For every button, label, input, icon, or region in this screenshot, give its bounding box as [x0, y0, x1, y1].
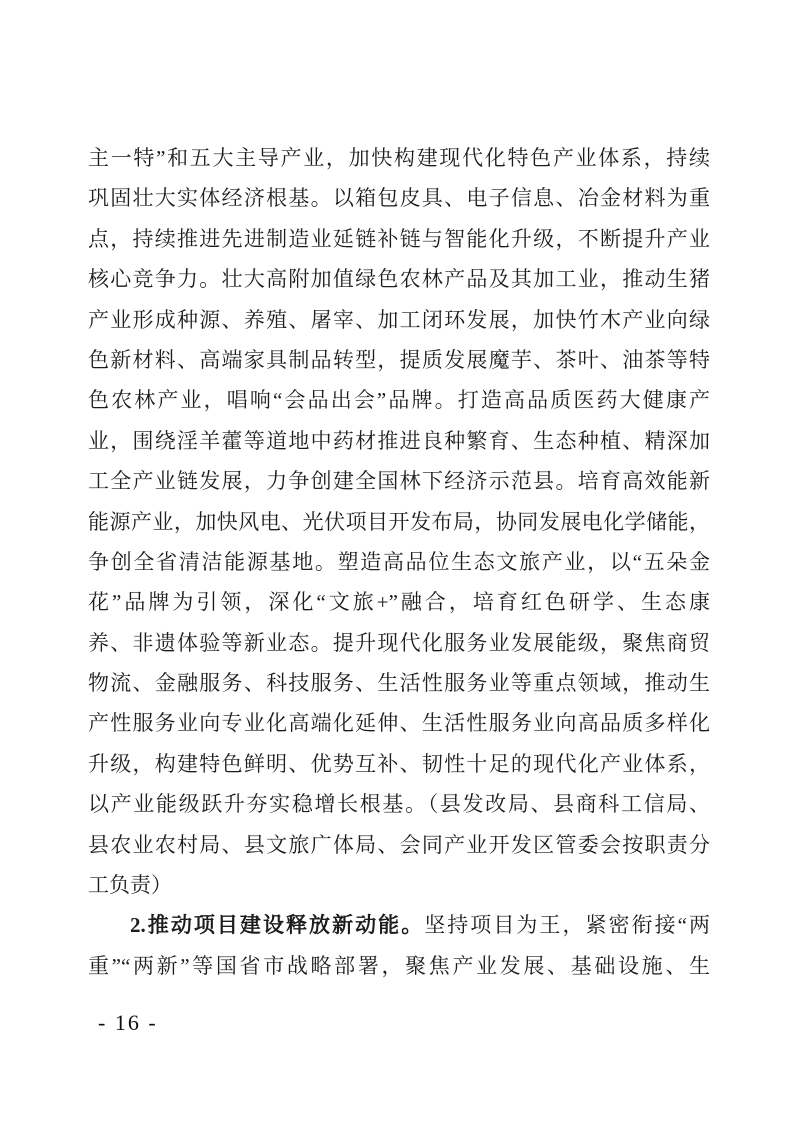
paragraph-line: 能源产业，加快风电、光伏项目开发布局，协同发展电化学储能， [88, 502, 710, 542]
paragraph-line: 核心竞争力。壮大高附加值绿色农林产品及其加工业，推动生猪 [88, 259, 710, 299]
paragraph-line: 物流、金融服务、科技服务、生活性服务业等重点领域，推动生 [88, 663, 710, 703]
section-heading: 2.推动项目建设释放新动能。 [130, 913, 424, 937]
paragraph-line: 工全产业链发展，力争创建全国林下经济示范县。培育高效能新 [88, 461, 710, 501]
paragraph-line: 色新材料、高端家具制品转型，提质发展魔芋、茶叶、油茶等特 [88, 340, 710, 380]
page-number: - 16 - [98, 1010, 158, 1036]
paragraph-line: 色农林产业，唱响“会品出会”品牌。打造高品质医药大健康产 [88, 380, 710, 420]
paragraph-line: 巩固壮大实体经济根基。以箱包皮具、电子信息、冶金材料为重 [88, 178, 710, 218]
paragraph-line: 2.推动项目建设释放新动能。坚持项目为王，紧密衔接“两 [88, 905, 710, 945]
paragraph-line: 产性服务业向专业化高端化延伸、生活性服务业向高品质多样化 [88, 703, 710, 743]
paragraph-line: 重”“两新”等国省市战略部署，聚焦产业发展、基础设施、生 [88, 946, 710, 986]
paragraph-line: 争创全省清洁能源基地。塑造高品位生态文旅产业，以“五朵金 [88, 542, 710, 582]
paragraph-line: 升级，构建特色鲜明、优势互补、韧性十足的现代化产业体系， [88, 744, 710, 784]
paragraph-line: 产业形成种源、养殖、屠宰、加工闭环发展，加快竹木产业向绿 [88, 300, 710, 340]
paragraph-line: 工负责） [88, 865, 710, 905]
paragraph-line: 以产业能级跃升夯实稳增长根基。（县发改局、县商科工信局、 [88, 784, 710, 824]
paragraph-line: 县农业农村局、县文旅广体局、会同产业开发区管委会按职责分 [88, 825, 710, 865]
paragraph-text: 坚持项目为王，紧密衔接“两 [424, 913, 710, 937]
paragraph-line: 花”品牌为引领，深化“文旅+”融合，培育红色研学、生态康 [88, 582, 710, 622]
paragraph-line: 养、非遗体验等新业态。提升现代化服务业发展能级，聚焦商贸 [88, 623, 710, 663]
document-page: 主一特”和五大主导产业，加快构建现代化特色产业体系，持续 巩固壮大实体经济根基。… [0, 0, 793, 1122]
paragraph-line: 主一特”和五大主导产业，加快构建现代化特色产业体系，持续 [88, 138, 710, 178]
document-body: 主一特”和五大主导产业，加快构建现代化特色产业体系，持续 巩固壮大实体经济根基。… [88, 138, 710, 986]
paragraph-line: 业，围绕淫羊藿等道地中药材推进良种繁育、生态种植、精深加 [88, 421, 710, 461]
paragraph-line: 点，持续推进先进制造业延链补链与智能化升级，不断提升产业 [88, 219, 710, 259]
